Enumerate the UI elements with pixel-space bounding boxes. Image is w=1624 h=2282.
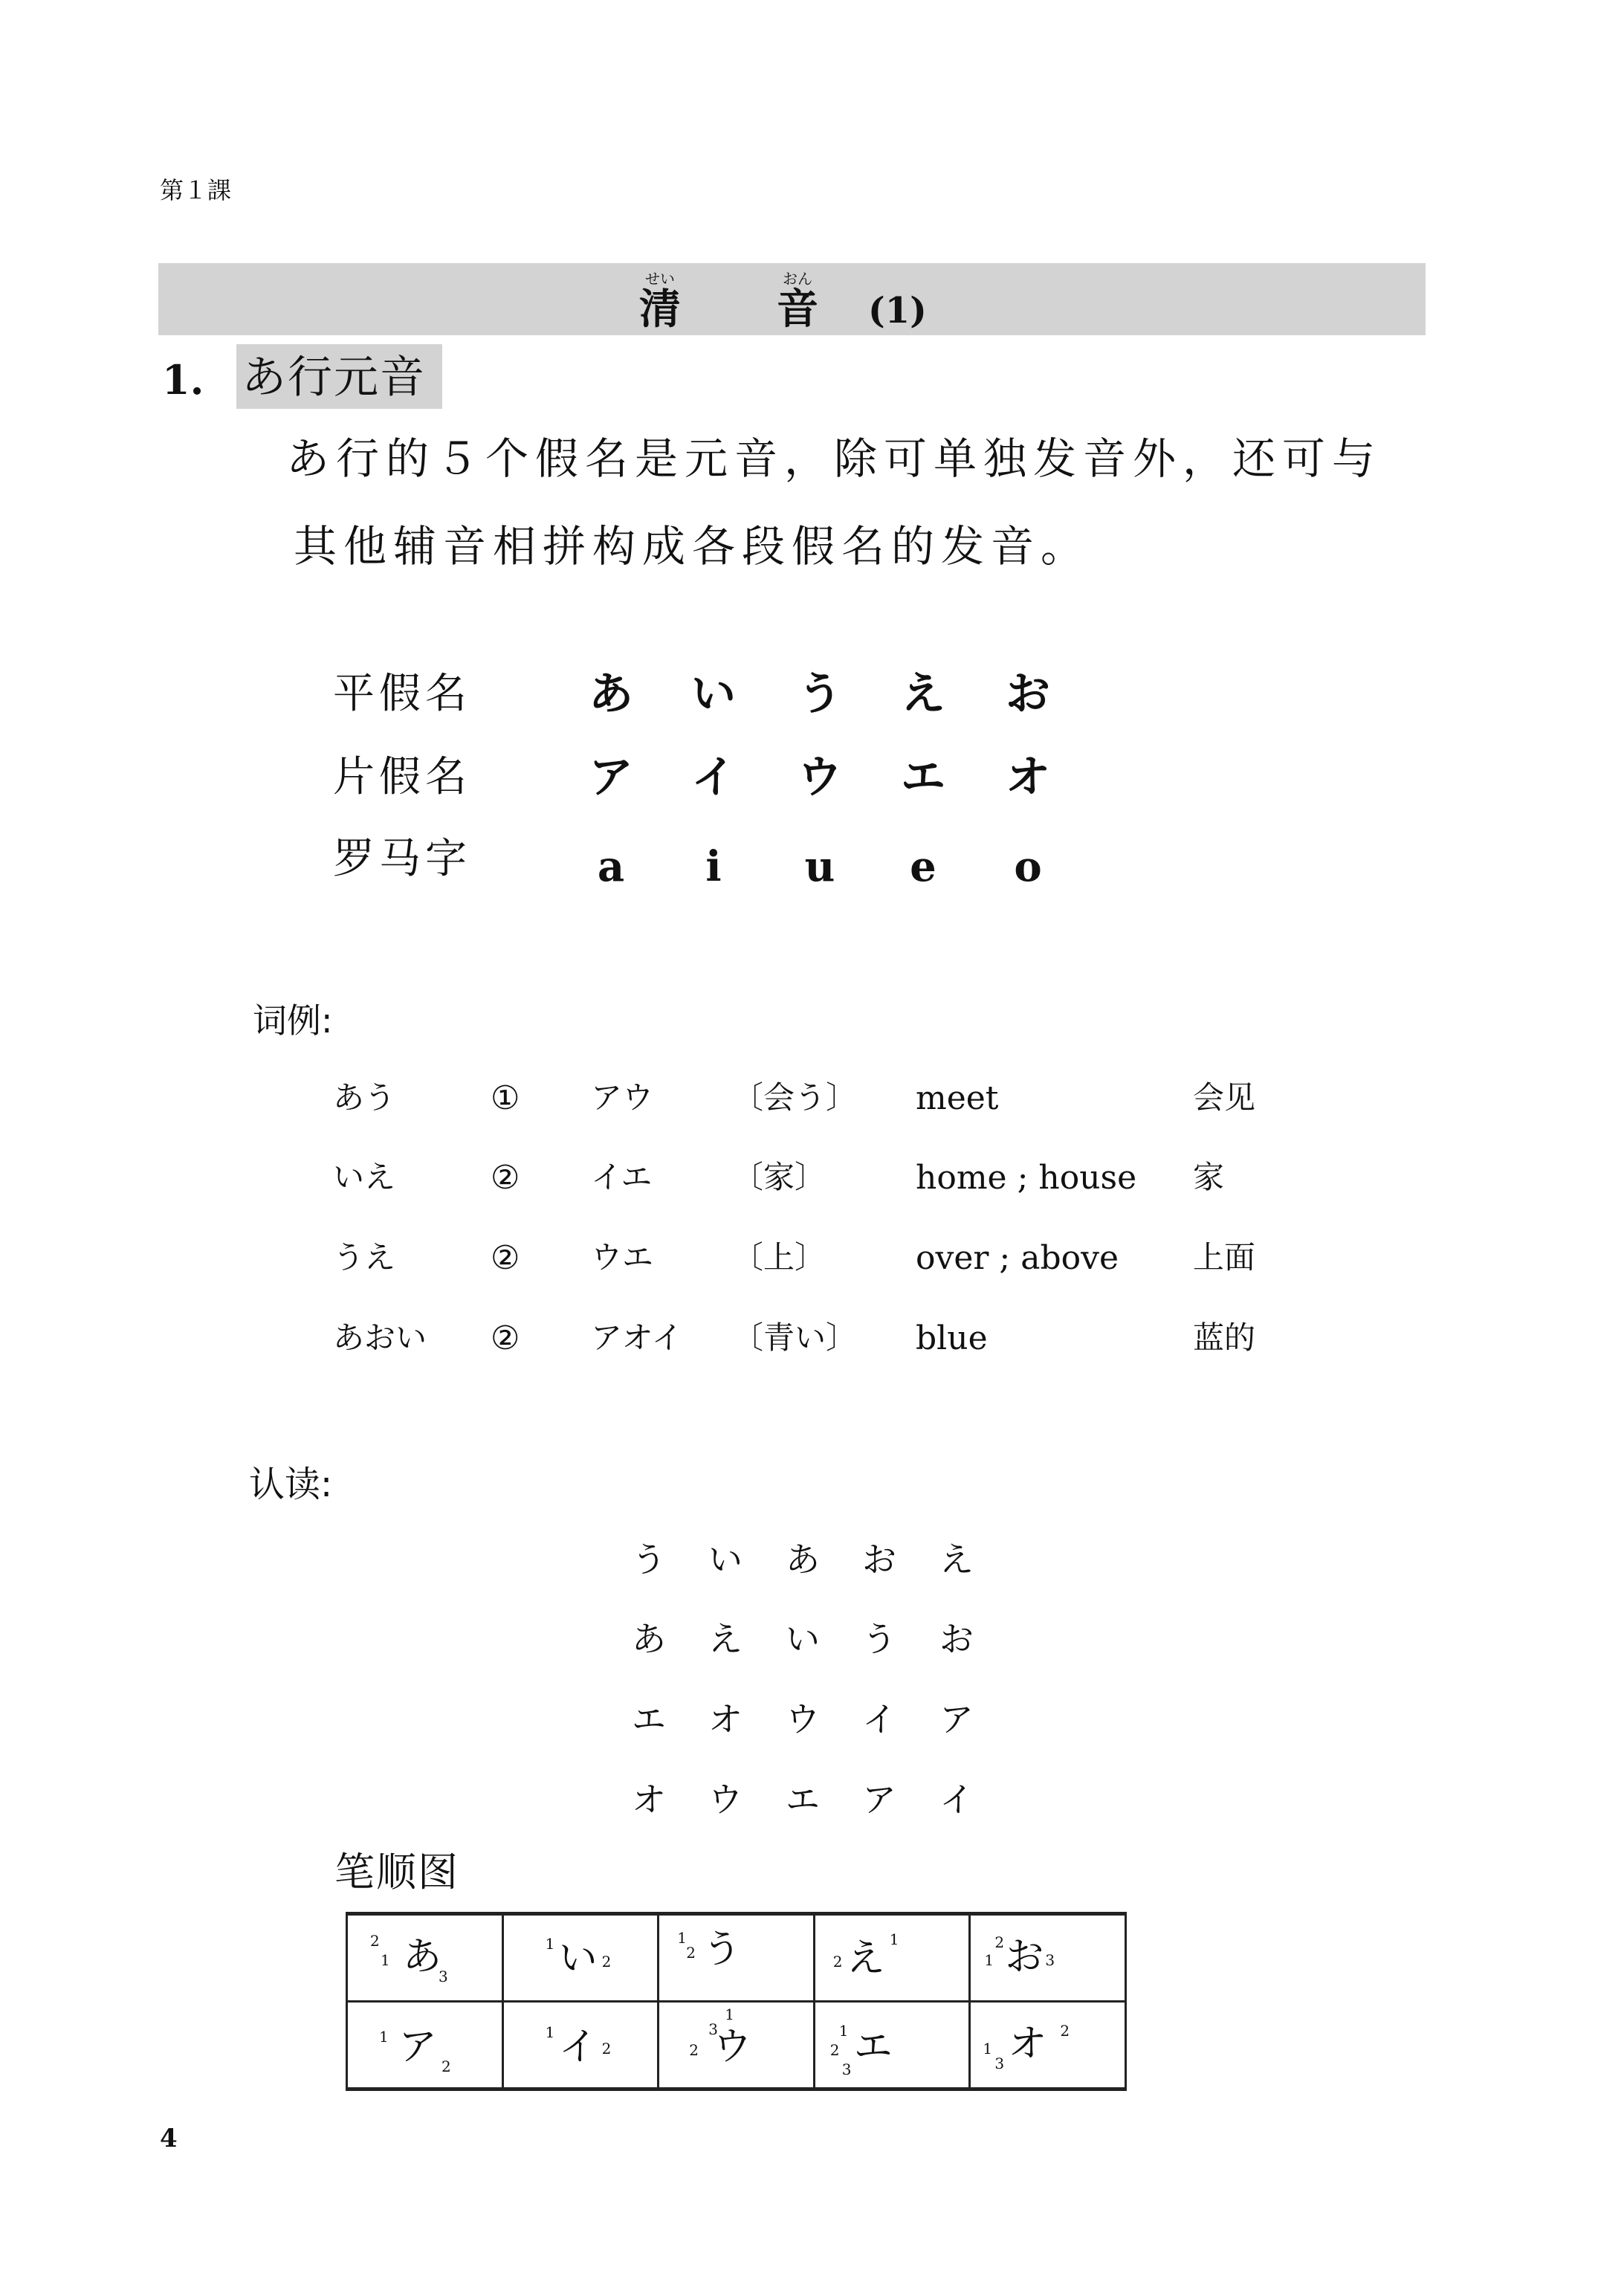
stroke-kana: い [559, 1939, 598, 1978]
stroke-number: 2 [602, 1954, 612, 1969]
kana-cell: う [783, 672, 857, 717]
example-chinese: 家 [1193, 1162, 1224, 1193]
drill-kana: え [699, 1622, 751, 1656]
kana-cell: お [991, 672, 1065, 717]
romaji-cell: a [574, 846, 648, 888]
kana-row-label: 平假名 [333, 673, 471, 715]
stroke-kana: ウ [713, 2028, 751, 2066]
example-kanji: 〔青い〕 [732, 1322, 857, 1354]
drill-kana: ア [853, 1782, 905, 1817]
stroke-order-heading: 笔顺图 [334, 1852, 459, 1892]
stroke-number: 2 [370, 1933, 380, 1948]
stroke-order-table: 2 1 あ 3 1 い 2 1 2 う 2 え 1 1 2 [346, 1912, 1127, 2091]
drill-kana: あ [777, 1542, 829, 1577]
drill-kana: ウ [699, 1782, 751, 1817]
stroke-kana: え [847, 1939, 885, 1978]
example-katakana: アウ [591, 1082, 653, 1113]
kana-cell: エ [886, 755, 960, 800]
lesson-label: 第１課 [160, 178, 231, 202]
stroke-number: 2 [686, 1945, 696, 1960]
stroke-cell: 2 3 1 ウ [659, 2002, 815, 2089]
example-english: blue [916, 1322, 988, 1355]
example-hiragana: いえ [333, 1162, 395, 1193]
example-katakana: ウエ [591, 1242, 653, 1273]
romaji-cell: e [886, 846, 960, 888]
drill-kana: う [623, 1542, 675, 1577]
drill-kana: う [853, 1622, 905, 1656]
drill-kana: イ [931, 1782, 983, 1817]
ruby-text: おん [775, 263, 820, 288]
title-kanji-with-ruby: せい 清 [638, 263, 682, 332]
example-katakana: イエ [591, 1162, 652, 1193]
kana-cell: い [676, 672, 751, 717]
stroke-number: 1 [890, 1932, 899, 1947]
stroke-number: 3 [1045, 1953, 1055, 1968]
stroke-number: 2 [994, 1935, 1004, 1950]
stroke-number: 1 [984, 1953, 994, 1968]
romaji-cell: o [991, 846, 1065, 888]
drill-kana: い [777, 1622, 829, 1656]
stroke-cell: 2 1 3 エ [814, 2002, 970, 2089]
example-chinese: 上面 [1193, 1242, 1255, 1273]
drill-kana: お [853, 1542, 905, 1577]
paragraph-line: 其他辅音相拼构成各段假名的发音。 [294, 525, 1090, 568]
section-title: あ行元音 [242, 355, 426, 400]
stroke-kana: イ [559, 2028, 598, 2066]
drill-kana: オ [623, 1782, 675, 1817]
drill-kana: え [931, 1542, 983, 1577]
example-accent: ② [491, 1322, 520, 1355]
stroke-kana: お [1005, 1938, 1044, 1976]
kana-cell: イ [676, 755, 751, 800]
example-hiragana: あう [333, 1082, 395, 1113]
example-hiragana: あおい [333, 1322, 427, 1354]
stroke-number: 3 [842, 2062, 852, 2077]
example-english: meet [916, 1082, 998, 1115]
title-number: (1) [868, 290, 927, 332]
title-kanji: 音 [775, 288, 820, 332]
drill-kana: イ [853, 1702, 905, 1736]
kana-cell: あ [574, 672, 648, 717]
drill-kana: エ [623, 1702, 675, 1736]
stroke-number: 3 [994, 2056, 1004, 2071]
stroke-number: 1 [983, 2041, 992, 2056]
example-accent: ② [491, 1242, 520, 1275]
page-number: 4 [160, 2126, 178, 2151]
kana-cell: え [886, 672, 960, 717]
stroke-number: 1 [677, 1930, 687, 1945]
stroke-number: 2 [602, 2041, 612, 2056]
stroke-number: 3 [439, 1969, 448, 1984]
drill-kana: エ [777, 1782, 829, 1817]
stroke-number: 1 [839, 2023, 849, 2038]
stroke-number: 1 [379, 2029, 389, 2044]
romaji-cell: u [783, 846, 857, 888]
stroke-cell: 2 え 1 [814, 1914, 970, 2002]
stroke-cell: 1 い 2 [502, 1914, 659, 2002]
drill-kana: オ [699, 1702, 751, 1736]
section-number: 1. [162, 360, 204, 400]
stroke-cell: 1 2 う [659, 1914, 815, 2002]
example-accent: ② [491, 1162, 520, 1195]
stroke-cell: 1 イ 2 [502, 2002, 659, 2089]
kana-cell: ウ [783, 755, 857, 800]
kana-cell: ア [574, 755, 648, 800]
stroke-cell: 2 1 あ 3 [347, 1914, 503, 2002]
example-kanji: 〔会う〕 [732, 1082, 857, 1113]
paragraph-line: あ行的５个假名是元音，除可单独发音外，还可与 [286, 437, 1382, 480]
stroke-number: 2 [441, 2059, 451, 2074]
stroke-number: 1 [725, 2007, 734, 2022]
drill-heading: 认读: [249, 1467, 332, 1502]
textbook-page: 第１課 せい 清 おん 音 (1) 1. あ行元音 あ行的５个假名是元音，除可单… [0, 0, 1624, 2282]
example-chinese: 蓝的 [1193, 1322, 1255, 1354]
example-hiragana: うえ [333, 1242, 395, 1273]
drill-kana: ア [931, 1702, 983, 1736]
romaji-cell: i [676, 846, 751, 888]
kana-row-label: 罗马字 [333, 838, 471, 880]
stroke-row: 1 ア 2 1 イ 2 2 3 1 ウ 2 1 3 エ 1 [347, 2002, 1126, 2089]
example-katakana: アオイ [591, 1322, 682, 1354]
examples-heading: 词例: [253, 1003, 333, 1038]
stroke-kana: オ [1008, 2025, 1046, 2063]
example-english: over ; above [916, 1242, 1119, 1275]
example-english: home ; house [916, 1162, 1136, 1195]
stroke-kana: あ [403, 1938, 441, 1976]
stroke-number: 2 [830, 2043, 840, 2058]
drill-kana: ウ [777, 1702, 829, 1736]
stroke-number: 2 [689, 2043, 699, 2058]
example-kanji: 〔家〕 [732, 1162, 826, 1193]
stroke-cell: 1 3 オ 2 [970, 2002, 1126, 2089]
kana-cell: オ [991, 755, 1065, 800]
stroke-number: 1 [381, 1953, 390, 1968]
drill-kana: あ [623, 1622, 675, 1656]
stroke-number: 2 [833, 1954, 843, 1969]
stroke-number: 2 [1060, 2023, 1070, 2038]
title-kanji: 清 [638, 288, 682, 332]
stroke-row: 2 1 あ 3 1 い 2 1 2 う 2 え 1 1 2 [347, 1914, 1126, 2002]
stroke-kana: エ [854, 2028, 893, 2066]
stroke-number: 1 [546, 2025, 555, 2040]
drill-kana: お [931, 1622, 983, 1656]
stroke-cell: 1 2 お 3 [970, 1914, 1126, 2002]
example-accent: ① [491, 1082, 520, 1115]
example-kanji: 〔上〕 [732, 1242, 826, 1273]
stroke-kana: ア [398, 2028, 437, 2066]
stroke-number: 1 [546, 1936, 555, 1951]
kana-row-label: 片假名 [333, 757, 471, 798]
example-chinese: 会见 [1193, 1082, 1255, 1113]
stroke-kana: う [702, 1930, 741, 1969]
stroke-cell: 1 ア 2 [347, 2002, 503, 2089]
drill-kana: い [699, 1542, 751, 1577]
title-kanji-with-ruby: おん 音 [775, 263, 820, 332]
title-bar: せい 清 おん 音 (1) [158, 263, 1426, 335]
ruby-text: せい [638, 263, 682, 288]
